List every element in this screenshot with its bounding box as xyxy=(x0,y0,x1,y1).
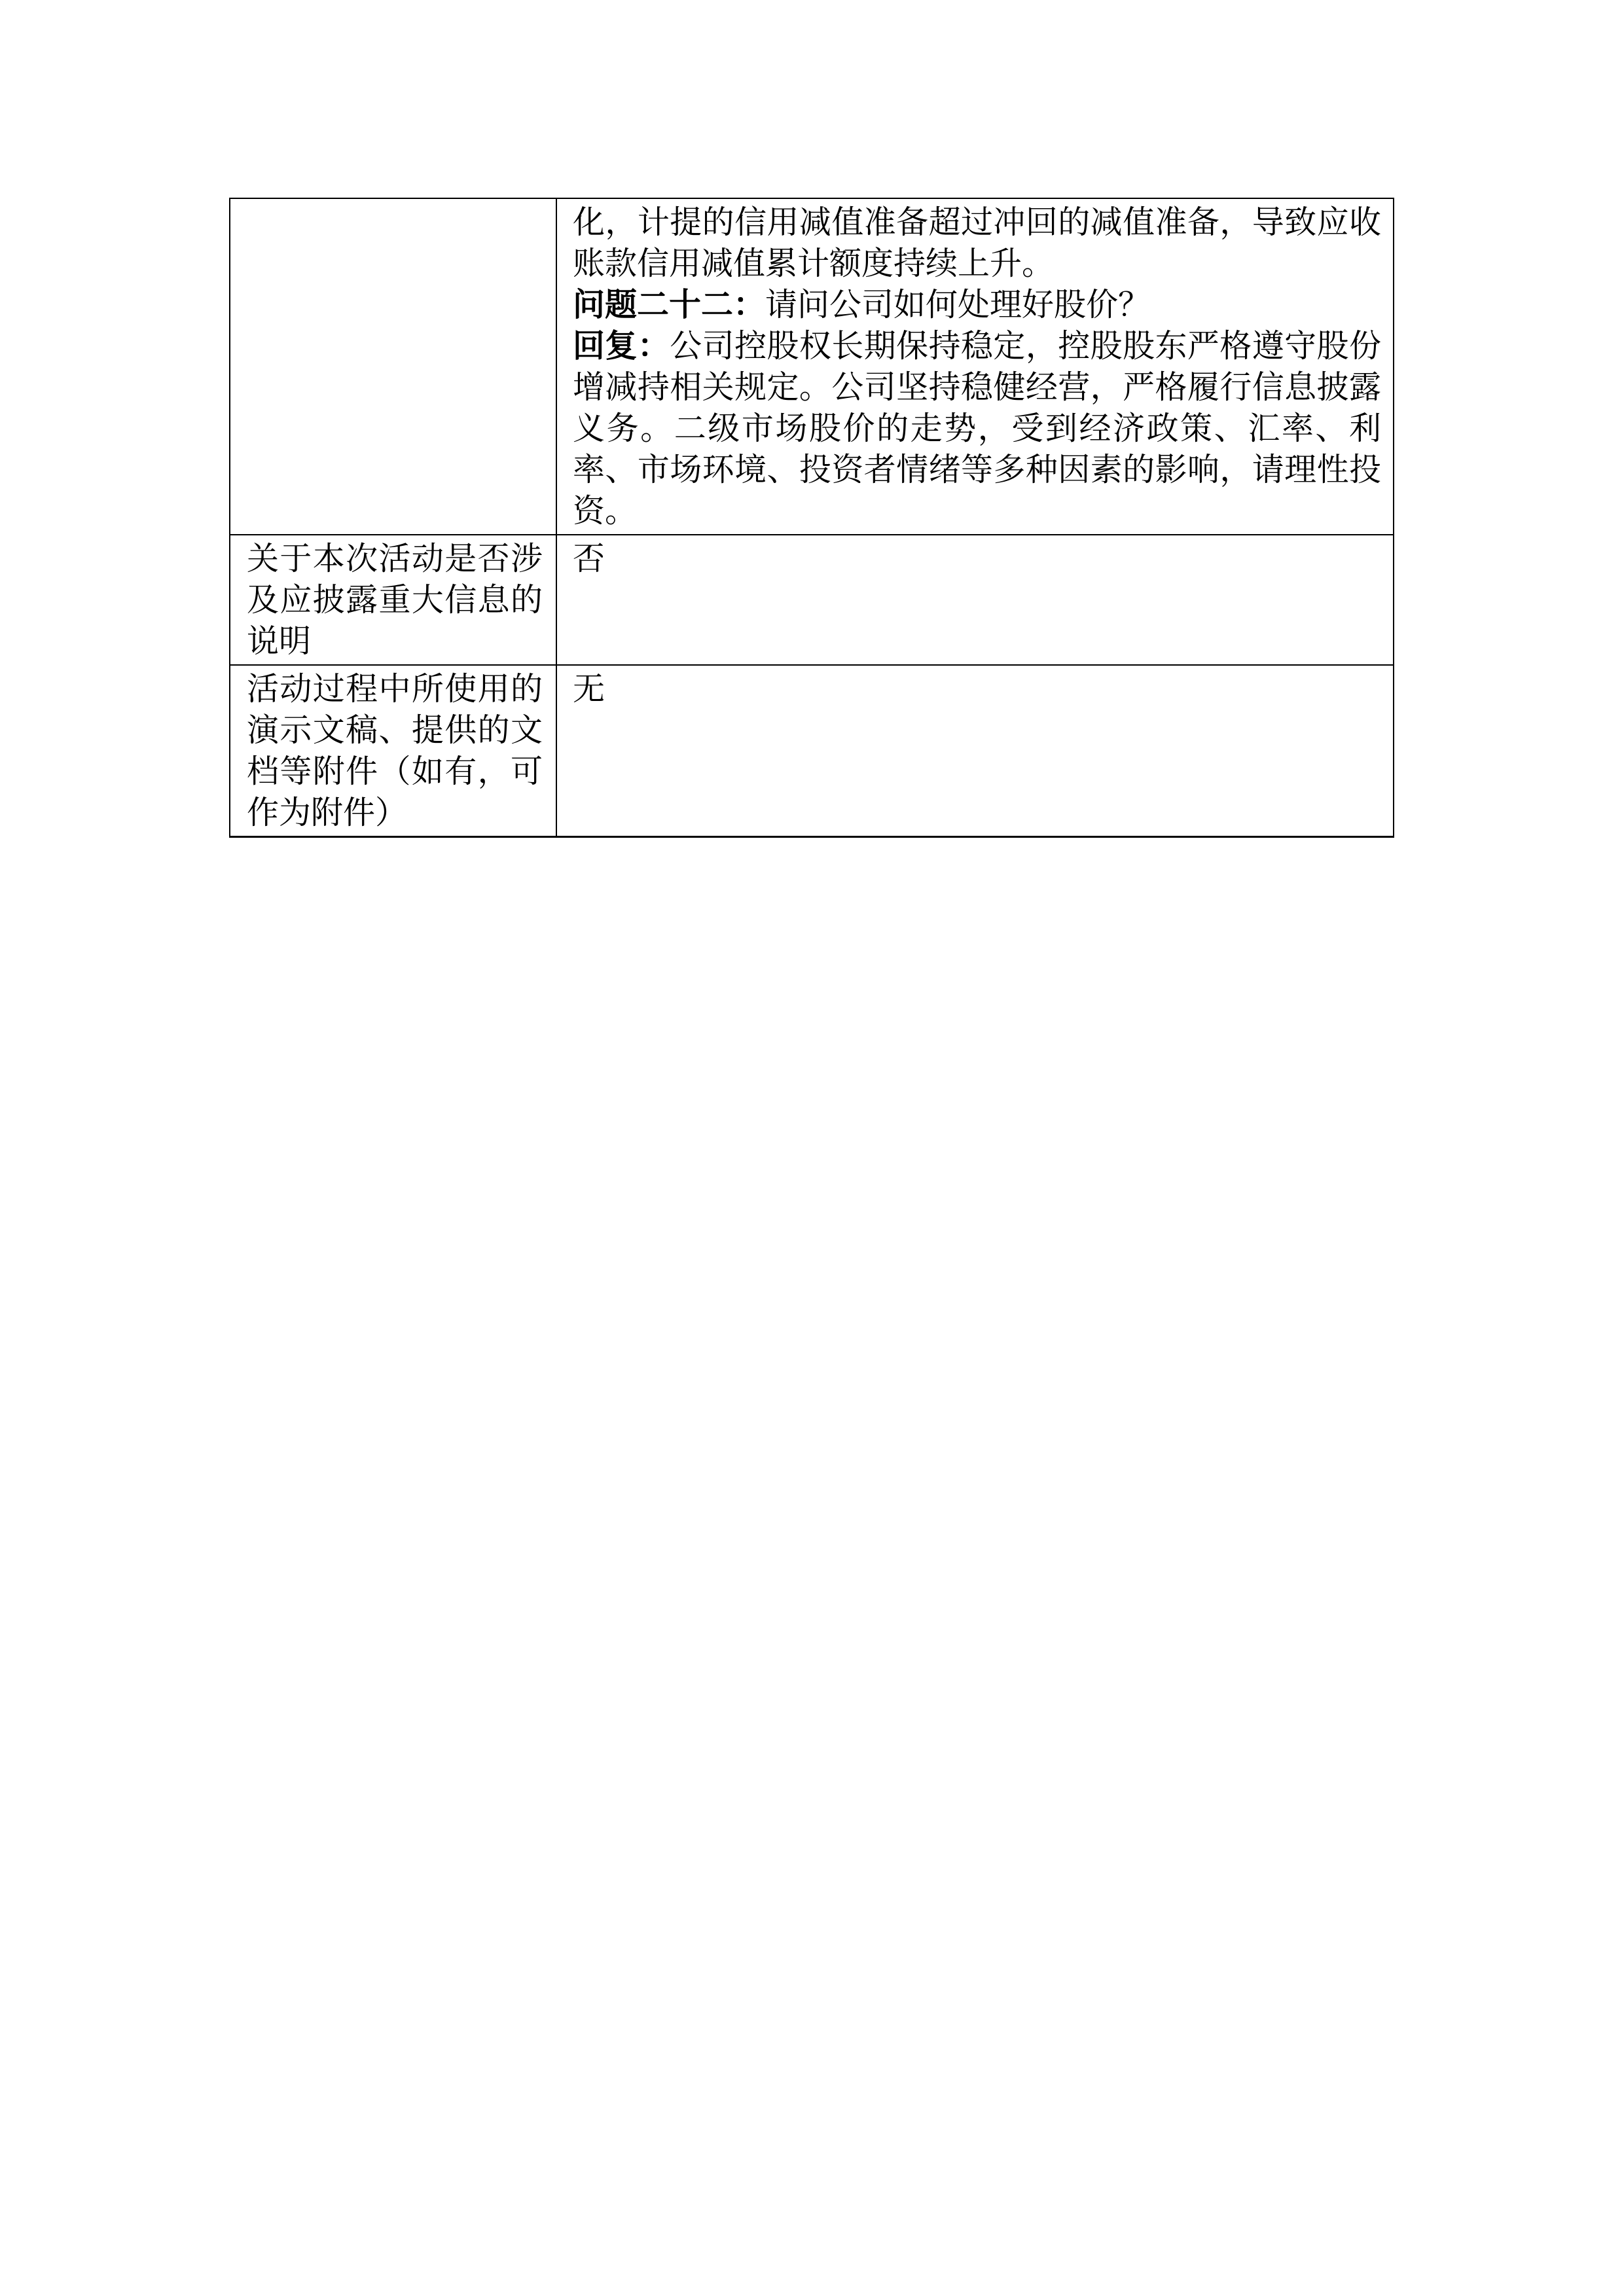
qa-answer-text: 公司控股权长期保持稳定，控股股东严格遵守股份增减持相关规定。公司坚持稳健经营，严… xyxy=(573,328,1381,529)
qa-content-cell: 化，计提的信用减值准备超过冲回的减值准备，导致应收账款信用减值累计额度持续上升。… xyxy=(556,198,1394,535)
qa-question-paragraph: 问题二十二：请问公司如何处理好股价？ xyxy=(573,284,1381,325)
qa-row-label-cell-empty xyxy=(230,198,556,535)
attachments-label-cell: 活动过程中所使用的演示文稿、提供的文档等附件（如有，可作为附件） xyxy=(230,665,556,837)
ir-activity-table-wrap: 化，计提的信用减值准备超过冲回的减值准备，导致应收账款信用减值累计额度持续上升。… xyxy=(229,198,1394,838)
disclosure-value-text: 否 xyxy=(573,541,605,577)
qa-question-text: 请问公司如何处理好股价？ xyxy=(765,287,1150,323)
table-row-disclosure: 关于本次活动是否涉及应披露重大信息的说明 否 xyxy=(230,535,1394,665)
table-row-qa: 化，计提的信用减值准备超过冲回的减值准备，导致应收账款信用减值累计额度持续上升。… xyxy=(230,198,1394,535)
qa-continuation-paragraph: 化，计提的信用减值准备超过冲回的减值准备，导致应收账款信用减值累计额度持续上升。 xyxy=(573,202,1381,284)
ir-activity-table: 化，计提的信用减值准备超过冲回的减值准备，导致应收账款信用减值累计额度持续上升。… xyxy=(229,198,1394,838)
attachments-value-text: 无 xyxy=(573,671,605,707)
attachments-value-cell: 无 xyxy=(556,665,1394,837)
qa-answer-paragraph: 回复：公司控股权长期保持稳定，控股股东严格遵守股份增减持相关规定。公司坚持稳健经… xyxy=(573,325,1381,531)
qa-question-label: 问题二十二： xyxy=(573,287,765,323)
disclosure-label-cell: 关于本次活动是否涉及应披露重大信息的说明 xyxy=(230,535,556,665)
disclosure-label-text: 关于本次活动是否涉及应披露重大信息的说明 xyxy=(247,541,543,659)
qa-continuation-text: 化，计提的信用减值准备超过冲回的减值准备，导致应收账款信用减值累计额度持续上升。 xyxy=(573,204,1381,281)
table-row-attachments: 活动过程中所使用的演示文稿、提供的文档等附件（如有，可作为附件） 无 xyxy=(230,665,1394,837)
disclosure-value-cell: 否 xyxy=(556,535,1394,665)
qa-answer-label: 回复： xyxy=(573,328,670,364)
attachments-label-text: 活动过程中所使用的演示文稿、提供的文档等附件（如有，可作为附件） xyxy=(247,671,543,831)
